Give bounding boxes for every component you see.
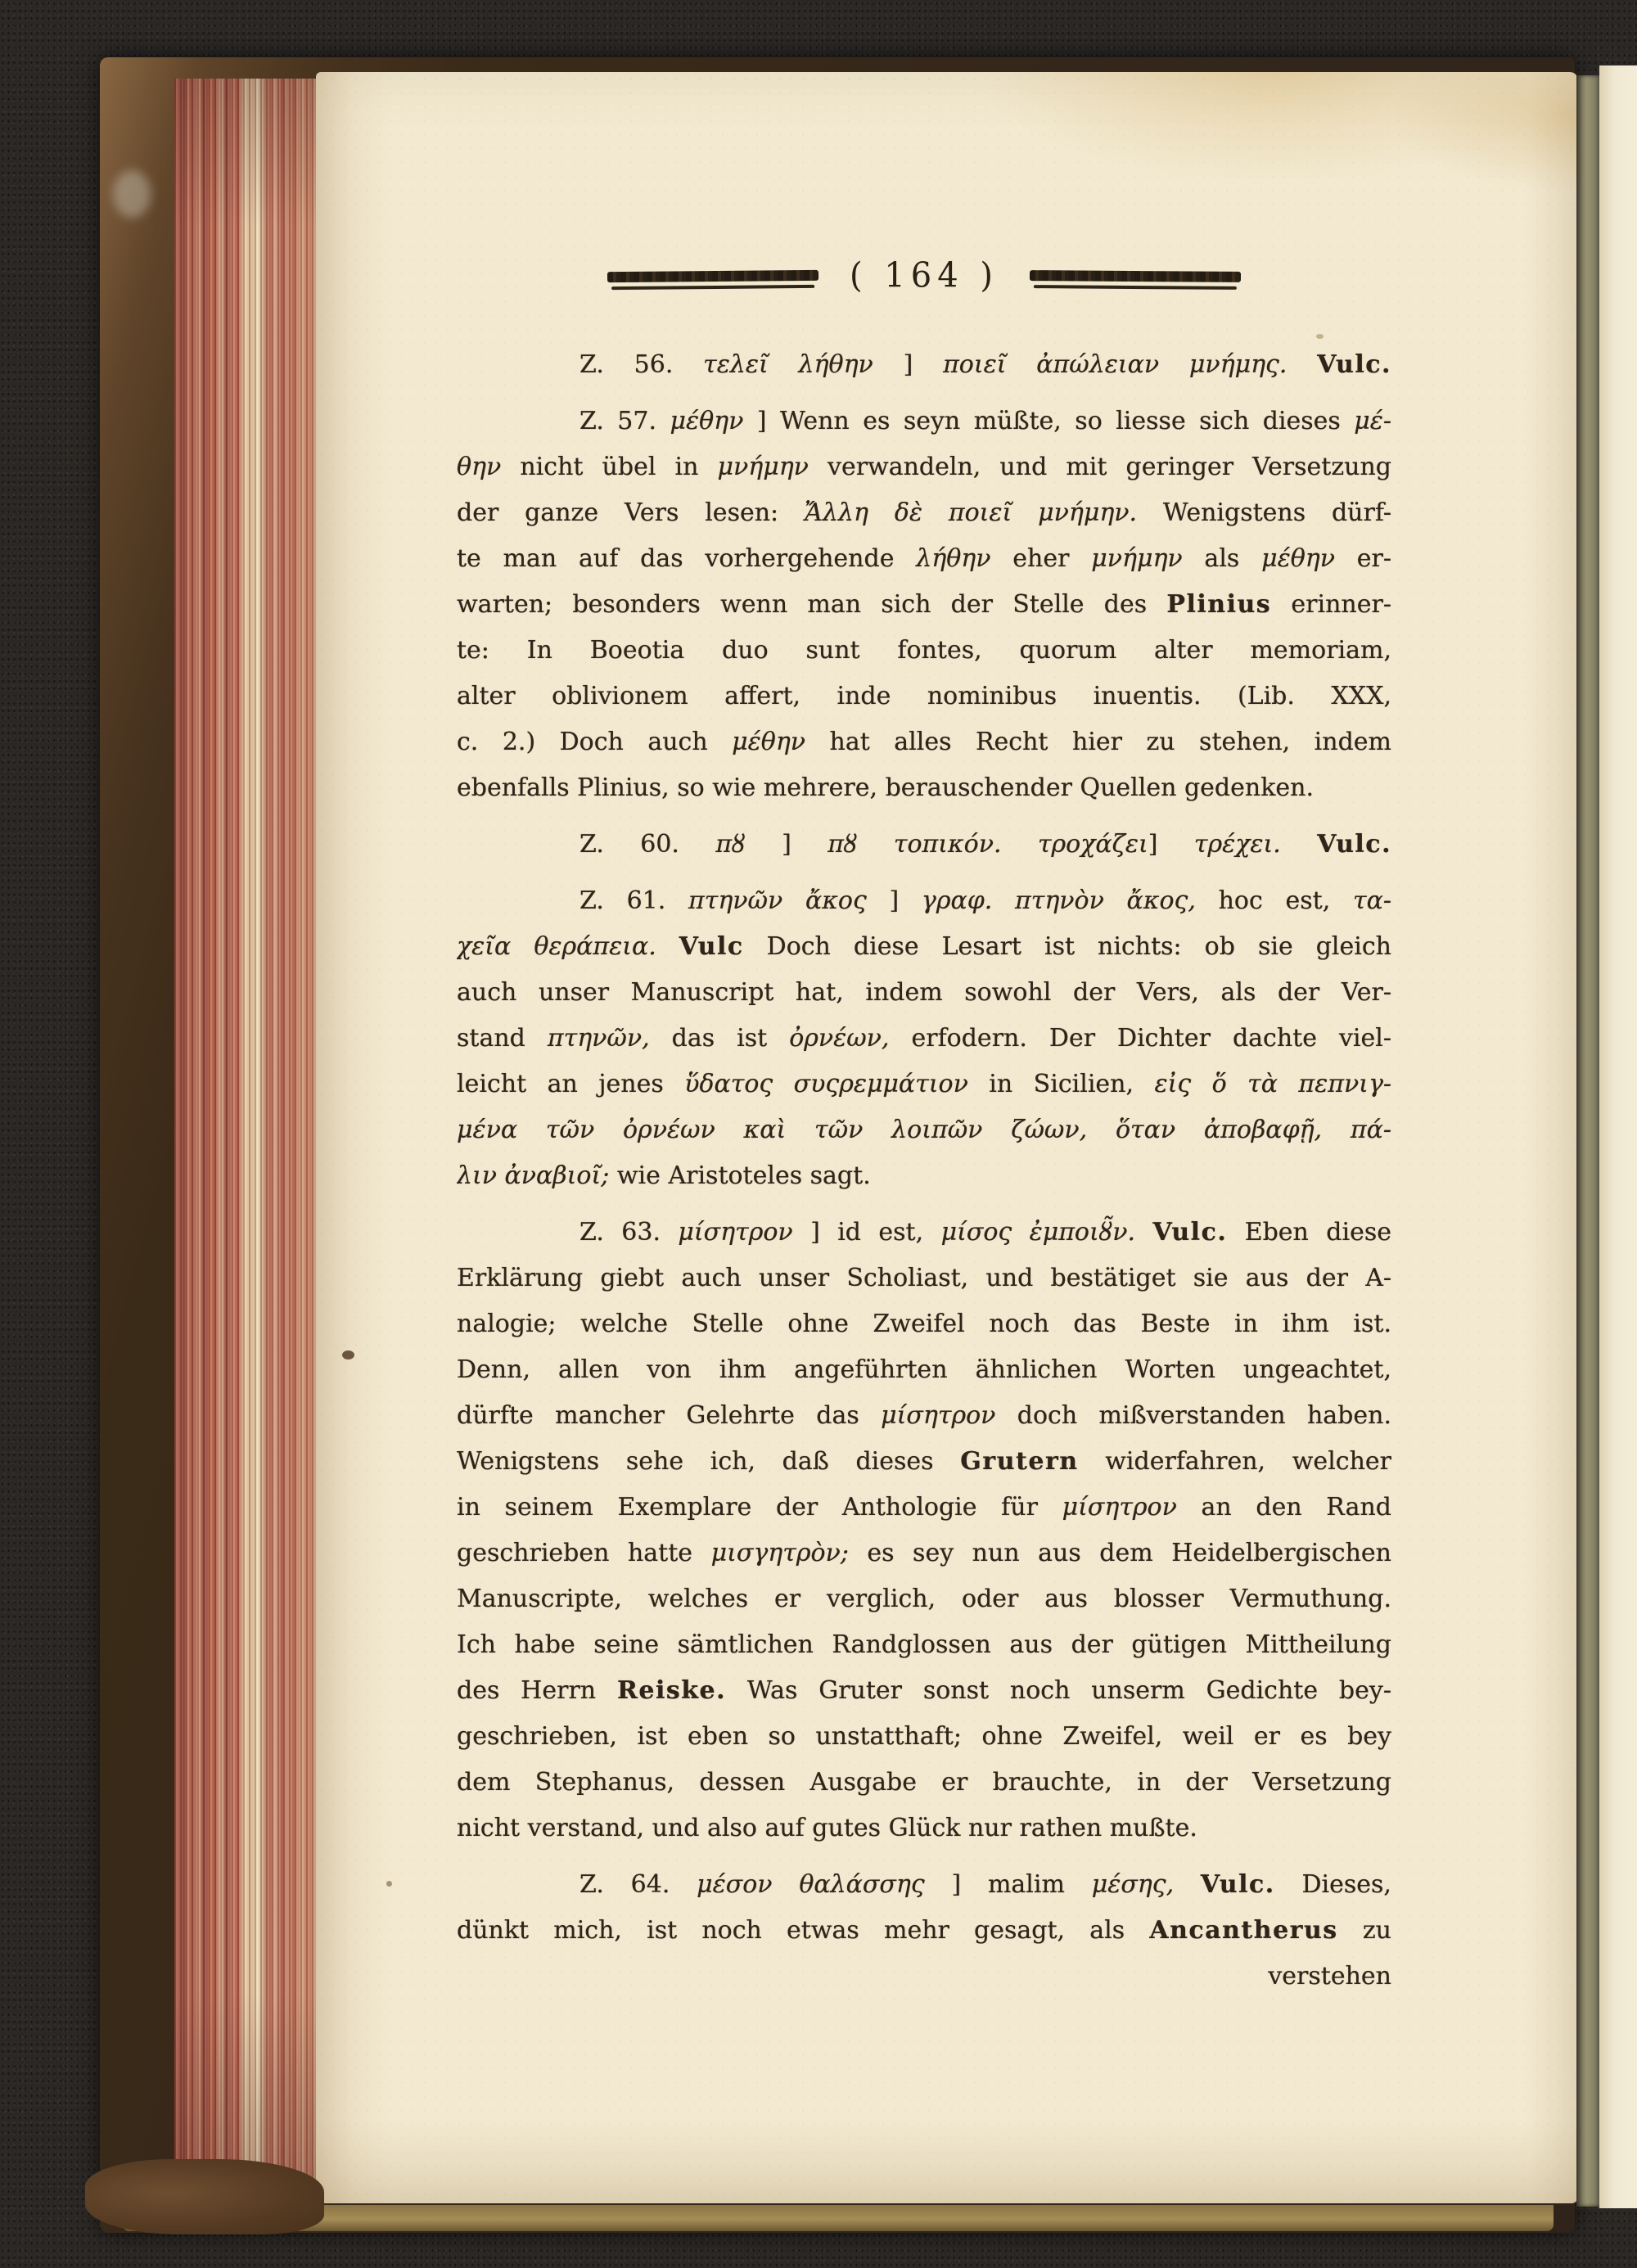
text-segment: πȣ τοπικόν. — [828, 830, 1001, 859]
text-line-27: Manuscripte, welches er verglich, oder a… — [457, 1576, 1391, 1622]
text-segment: in Sicilien, — [968, 1070, 1155, 1098]
text-segment: ὀρνέων, — [789, 1024, 889, 1053]
text-segment: ὕδατος συςρεμμάτιον — [684, 1070, 968, 1098]
text-segment: γραφ. πτηνὸν ἄκος, — [922, 886, 1196, 915]
text-line-29: des Herrn Reiske. Was Gruter sonst noch … — [457, 1668, 1391, 1714]
text-segment: ] id est, — [793, 1218, 941, 1247]
text-segment: μέ- — [1354, 407, 1391, 435]
text-line-18: λιν ἀναβιοῖ; wie Aristoteles sagt. — [457, 1153, 1391, 1199]
text-segment: Grutern — [960, 1447, 1078, 1476]
text-segment: Ἄλλη δὲ ποιεῖ μνήμην. — [805, 498, 1137, 527]
text-segment: τα- — [1353, 886, 1391, 915]
text-segment: alter oblivionem affert, inde nominibus … — [457, 682, 1391, 710]
text-segment: das ist — [650, 1024, 790, 1053]
text-segment: geschrieben, ist eben so unstatthaft; oh… — [457, 1722, 1391, 1751]
text-segment: Doch diese Lesart ist nichts: ob sie gle… — [744, 932, 1391, 961]
text-line-26: geschrieben hatte μισγητρὸν; es sey nun … — [457, 1531, 1391, 1576]
text-line-9: c. 2.) Doch auch μέθην hat alles Recht h… — [457, 719, 1391, 765]
text-line-31: dem Stephanus, dessen Ausgabe er braucht… — [457, 1760, 1391, 1806]
text-segment: Reiske. — [617, 1676, 726, 1705]
text-segment: Vulc. — [1201, 1870, 1275, 1899]
text-segment: des Herrn — [457, 1676, 617, 1705]
text-line-24: Wenigstens sehe ich, daß dieses Grutern … — [457, 1439, 1391, 1485]
paper-speck — [386, 1881, 392, 1887]
text-segment: Z. 57. — [579, 407, 670, 435]
text-segment: warten; besonders wenn man sich der Stel… — [457, 590, 1166, 619]
text-segment: geschrieben hatte — [457, 1539, 711, 1567]
text-line-13: χεῖα θεράπεια. Vulc Doch diese Lesart is… — [457, 924, 1391, 970]
text-segment: ] — [1148, 830, 1194, 859]
text-segment: hat alles Recht hier zu stehen, indem — [805, 728, 1391, 756]
text-segment — [656, 932, 679, 961]
text-line-3: θην nicht übel in μνήμην verwandeln, und… — [457, 444, 1391, 490]
text-line-19: Z. 63. μίσητρον ] id est, μίσος ἐμποιȣ̃ν… — [457, 1210, 1391, 1256]
text-line-15: stand πτηνῶν, das ist ὀρνέων, erfodern. … — [457, 1016, 1391, 1062]
text-segment: ebenfalls Plinius, so wie mehrere, berau… — [457, 773, 1314, 802]
text-segment: Ich habe seine sämtlichen Randglossen au… — [457, 1630, 1391, 1659]
text-line-21: nalogie; welche Stelle ohne Zweifel noch… — [457, 1301, 1391, 1347]
page-gutter — [1576, 75, 1599, 2207]
book-cover-glint — [113, 170, 151, 218]
text-segment: εἰς ὅ τὰ πεπνιγ- — [1154, 1070, 1391, 1098]
text-segment: Z. 60. — [579, 830, 715, 859]
text-segment: Erklärung giebt auch unser Scholiast, un… — [457, 1264, 1391, 1292]
text-segment: μνήμην — [1091, 544, 1182, 573]
text-segment: doch mißverstanden haben. — [995, 1401, 1391, 1430]
text-segment: μέθην — [732, 728, 805, 756]
text-segment: πτηνῶν, — [548, 1024, 650, 1053]
header-rule-right — [1030, 270, 1241, 282]
text-line-34: dünkt mich, ist noch etwas mehr gesagt, … — [457, 1908, 1391, 1954]
text-segment: dürfte mancher Gelehrte das — [457, 1401, 881, 1430]
text-line-2: Z. 57. μέθην ] Wenn es seyn müßte, so li… — [457, 399, 1391, 444]
text-segment: Vulc. — [1153, 1218, 1228, 1247]
text-segment: ποιεῖ ἀπώλειαν μνήμης. — [943, 350, 1287, 379]
text-segment — [1281, 830, 1317, 859]
text-segment: Plinius — [1166, 590, 1271, 619]
text-segment: erfodern. Der Dichter dachte viel- — [889, 1024, 1391, 1053]
text-segment: te: In Boeotia duo sunt fontes, quorum a… — [457, 636, 1391, 665]
text-segment: Eben diese — [1227, 1218, 1391, 1247]
text-segment — [1135, 1218, 1152, 1247]
adjacent-page-edge — [1599, 65, 1637, 2208]
text-segment: Manuscripte, welches er verglich, oder a… — [457, 1585, 1391, 1613]
text-segment: dünkt mich, ist noch etwas mehr gesagt, … — [457, 1916, 1149, 1945]
text-segment: hoc est, — [1196, 886, 1353, 915]
text-segment: an den Rand — [1177, 1493, 1391, 1522]
text-line-17: μένα τῶν ὀρνέων καὶ τῶν λοιπῶν ζώων, ὅτα… — [457, 1107, 1391, 1153]
paper-speck — [342, 1350, 354, 1359]
text-segment — [1002, 830, 1038, 859]
text-segment: als — [1183, 544, 1261, 573]
text-line-20: Erklärung giebt auch unser Scholiast, un… — [457, 1256, 1391, 1301]
text-segment — [1174, 1870, 1201, 1899]
text-segment: eher — [991, 544, 1092, 573]
text-segment: μίσος ἐμποιȣ̃ν. — [941, 1218, 1136, 1247]
text-line-11: Z. 60. πȣ ] πȣ τοπικόν. τροχάζει] τρέχει… — [457, 822, 1391, 868]
text-segment: ] — [873, 350, 943, 379]
text-segment: nicht verstand, und also auf gutes Glück… — [457, 1814, 1197, 1842]
text-segment: τροχάζει — [1038, 830, 1148, 859]
text-line-33: Z. 64. μέσον θαλάσσης ] malim μέσης, Vul… — [457, 1862, 1391, 1908]
text-segment: πτηνῶν ἄκος — [688, 886, 867, 915]
text-segment: μίσητρον — [678, 1218, 792, 1247]
text-segment: μνήμην — [718, 453, 809, 481]
text-segment: stand — [457, 1024, 548, 1053]
text-segment: nalogie; welche Stelle ohne Zweifel noch… — [457, 1310, 1391, 1338]
text-line-30: geschrieben, ist eben so unstatthaft; oh… — [457, 1714, 1391, 1760]
text-segment: zu — [1338, 1916, 1391, 1945]
text-line-7: te: In Boeotia duo sunt fontes, quorum a… — [457, 628, 1391, 674]
paper-speck — [1316, 334, 1324, 339]
text-segment: θην — [457, 453, 501, 481]
text-segment: Denn, allen von ihm angeführten ähnliche… — [457, 1355, 1391, 1384]
text-line-16: leicht an jenes ὕδατος συςρεμμάτιον in S… — [457, 1062, 1391, 1107]
text-segment: Z. 56. — [579, 350, 703, 379]
text-segment: Z. 63. — [579, 1218, 678, 1247]
text-segment: ] — [746, 830, 828, 859]
text-segment: wie Aristoteles sagt. — [609, 1161, 870, 1190]
text-segment: nicht übel in — [501, 453, 717, 481]
text-segment: ] malim — [925, 1870, 1092, 1899]
text-segment: μέσης, — [1092, 1870, 1174, 1899]
text-segment: Wenigstens dürf- — [1137, 498, 1391, 527]
text-segment: verwandeln, und mit geringer Versetzung — [809, 453, 1391, 481]
text-segment: λιν ἀναβιοῖ; — [457, 1161, 609, 1190]
text-segment: dem Stephanus, dessen Ausgabe er braucht… — [457, 1768, 1391, 1797]
text-segment: μέθην — [670, 407, 743, 435]
text-segment: μισγητρὸν; — [711, 1539, 849, 1567]
text-line-8: alter oblivionem affert, inde nominibus … — [457, 674, 1391, 719]
text-segment: er- — [1335, 544, 1391, 573]
text-line-12: Z. 61. πτηνῶν ἄκος ] γραφ. πτηνὸν ἄκος, … — [457, 878, 1391, 924]
text-line-14: auch unser Manuscript hat, indem sowohl … — [457, 970, 1391, 1016]
text-segment: Wenigstens sehe ich, daß dieses — [457, 1447, 960, 1476]
text-segment: τρέχει. — [1194, 830, 1281, 859]
text-line-5: te man auf das vorhergehende λήθην eher … — [457, 536, 1391, 582]
text-segment: μέθην — [1261, 544, 1335, 573]
text-segment: τελεῖ λήθην — [703, 350, 873, 379]
text-line-25: in seinem Exemplare der Anthologie für μ… — [457, 1485, 1391, 1531]
text-segment: μέσον θαλάσσης — [697, 1870, 925, 1899]
text-segment: erinner- — [1271, 590, 1391, 619]
text-segment: Vulc. — [1317, 350, 1391, 379]
text-segment — [1287, 350, 1317, 379]
text-segment: es sey nun aus dem Heidelbergischen — [849, 1539, 1391, 1567]
text-segment: Vulc. — [1317, 830, 1391, 859]
header-rule-left — [607, 269, 818, 282]
text-segment: auch unser Manuscript hat, indem sowohl … — [457, 978, 1391, 1007]
text-line-22: Denn, allen von ihm angeführten ähnliche… — [457, 1347, 1391, 1393]
text-segment: Dieses, — [1275, 1870, 1391, 1899]
text-segment: c. 2.) Doch auch — [457, 728, 732, 756]
photo-background: ( 164 ) Z. 56. τελεῖ λήθην ] ποιεῖ ἀπώλε… — [0, 0, 1637, 2268]
text-line-23: dürfte mancher Gelehrte das μίσητρον doc… — [457, 1393, 1391, 1439]
text-segment: μίσητρον — [881, 1401, 995, 1430]
book-cover-corner — [85, 2159, 324, 2234]
text-segment: λήθην — [916, 544, 990, 573]
text-segment: ] — [867, 886, 922, 915]
page-text: Z. 56. τελεῖ λήθην ] ποιεῖ ἀπώλειαν μνήμ… — [457, 342, 1391, 2000]
text-segment: te man auf das vorhergehende — [457, 544, 916, 573]
text-line-6: warten; besonders wenn man sich der Stel… — [457, 582, 1391, 628]
text-segment: πȣ — [715, 830, 745, 859]
text-line-32: nicht verstand, und also auf gutes Glück… — [457, 1806, 1391, 1851]
text-segment: leicht an jenes — [457, 1070, 684, 1098]
book-page: ( 164 ) Z. 56. τελεῖ λήθην ] ποιεῖ ἀπώλε… — [316, 72, 1578, 2203]
text-segment: in seinem Exemplare der Anthologie für — [457, 1493, 1062, 1522]
book-board-edge — [123, 2205, 1554, 2231]
text-segment: μίσητρον — [1062, 1493, 1177, 1522]
text-line-1: Z. 56. τελεῖ λήθην ] ποιεῖ ἀπώλειαν μνήμ… — [457, 342, 1391, 388]
text-segment: χεῖα θεράπεια. — [457, 932, 656, 961]
text-segment: widerfahren, welcher — [1079, 1447, 1391, 1476]
text-line-28: Ich habe seine sämtlichen Randglossen au… — [457, 1622, 1391, 1668]
text-line-10: ebenfalls Plinius, so wie mehrere, berau… — [457, 765, 1391, 811]
text-segment: μένα τῶν ὀρνέων καὶ τῶν λοιπῶν ζώων, ὅτα… — [457, 1116, 1391, 1144]
text-segment: ] Wenn es seyn müßte, so liesse sich die… — [743, 407, 1354, 435]
text-lines: Z. 56. τελεῖ λήθην ] ποιεῖ ἀπώλειαν μνήμ… — [457, 342, 1391, 1954]
text-segment: Ancantherus — [1149, 1916, 1337, 1945]
page-number: ( 164 ) — [850, 256, 999, 295]
text-segment: Vulc — [679, 932, 744, 961]
text-segment: Z. 61. — [579, 886, 688, 915]
text-segment: der ganze Vers lesen: — [457, 498, 805, 527]
text-segment: Z. 64. — [579, 1870, 697, 1899]
catchword: verstehen — [457, 1954, 1391, 2000]
text-segment: Was Gruter sonst noch unserm Gedichte be… — [726, 1676, 1391, 1705]
page-header: ( 164 ) — [457, 246, 1391, 306]
book-fore-edge-pages — [174, 79, 323, 2207]
text-line-4: der ganze Vers lesen: Ἄλλη δὲ ποιεῖ μνήμ… — [457, 490, 1391, 536]
